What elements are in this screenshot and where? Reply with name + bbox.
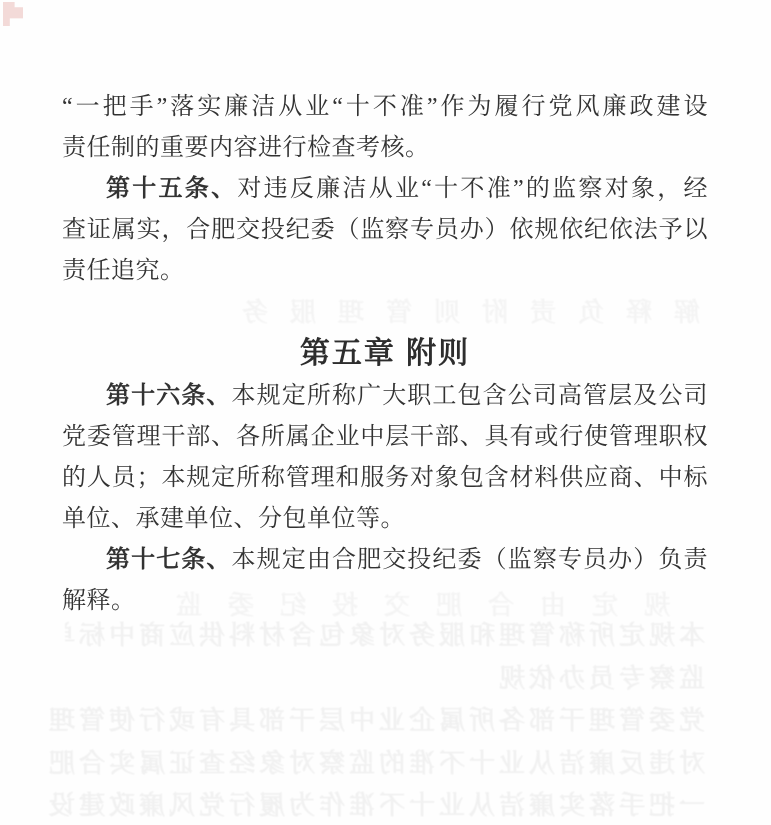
body-line: 的人员；本规定所称管理和服务对象包含材料供应商、中标 — [62, 458, 708, 499]
body-line-text: 解释。 — [62, 588, 136, 614]
body-line: 单位、承建单位、分包单位等。 — [62, 499, 708, 540]
bleed-through-row: 一把手落实廉洁从业十不准作为履行党风廉政建设责任制的重要内 — [45, 790, 705, 822]
article-number: 第十五条、 — [106, 176, 237, 202]
body-line: 责任追究。 — [62, 251, 708, 292]
body-line-text: 党委管理干部、各所属企业中层干部、具有或行使管理职权 — [62, 424, 708, 450]
body-line-text: 责任制的重要内容进行检查考核。 — [62, 135, 430, 161]
body-line: 查证属实，合肥交投纪委（监察专员办）依规依纪依法予以 — [62, 210, 708, 251]
bleed-through-row: 本规定所称管理和服务对象包含材料供应商中标单位承建单位分包 — [65, 620, 705, 652]
scanned-document-page: 解释负责附则管理服务 规定由合肥交投纪委监察专员办负责 本规定所称管理和服务对象… — [0, 0, 771, 825]
body-line: “一把手”落实廉洁从业“十不准”作为履行党风廉政建设 — [62, 87, 708, 128]
bleed-through-row: 党委管理干部各所属企业中层干部具有或行使管理职权的人员包含 — [45, 705, 705, 737]
article-number: 第十七条、 — [106, 547, 232, 573]
red-seal-fragment-icon — [3, 2, 23, 26]
chapter-heading: 第五章 附则 — [62, 333, 708, 374]
body-line-article-15: 第十五条、对违反廉洁从业“十不准”的监察对象，经 — [62, 169, 708, 210]
body-line-text: 本规定所称广大职工包含公司高管层及公司 — [232, 383, 708, 409]
body-line-text: 单位、承建单位、分包单位等。 — [62, 506, 405, 532]
article-number: 第十六条、 — [106, 383, 232, 409]
body-line-text: 本规定由合肥交投纪委（监察专员办）负责 — [232, 547, 708, 573]
body-line-text: 责任追究。 — [62, 258, 185, 284]
bleed-through-row: 监察专员办依规 — [445, 663, 705, 695]
body-line: 党委管理干部、各所属企业中层干部、具有或行使管理职权 — [62, 417, 708, 458]
body-line: 责任制的重要内容进行检查考核。 — [62, 128, 708, 169]
body-line: 解释。 — [62, 581, 708, 622]
document-body: “一把手”落实廉洁从业“十不准”作为履行党风廉政建设 责任制的重要内容进行检查考… — [62, 87, 708, 622]
body-line-article-17: 第十七条、本规定由合肥交投纪委（监察专员办）负责 — [62, 540, 708, 581]
body-line-text: 查证属实，合肥交投纪委（监察专员办）依规依纪依法予以 — [62, 217, 708, 243]
body-line-text: 对违反廉洁从业“十不准”的监察对象，经 — [237, 176, 708, 202]
body-line-article-16: 第十六条、本规定所称广大职工包含公司高管层及公司 — [62, 376, 708, 417]
body-line-text: “一把手”落实廉洁从业“十不准”作为履行党风廉政建设 — [62, 94, 708, 120]
bleed-through-row: 对违反廉洁从业十不准的监察对象经查证属实合肥交投纪委监察专 — [45, 748, 705, 780]
body-line-text: 的人员；本规定所称管理和服务对象包含材料供应商、中标 — [62, 465, 708, 491]
